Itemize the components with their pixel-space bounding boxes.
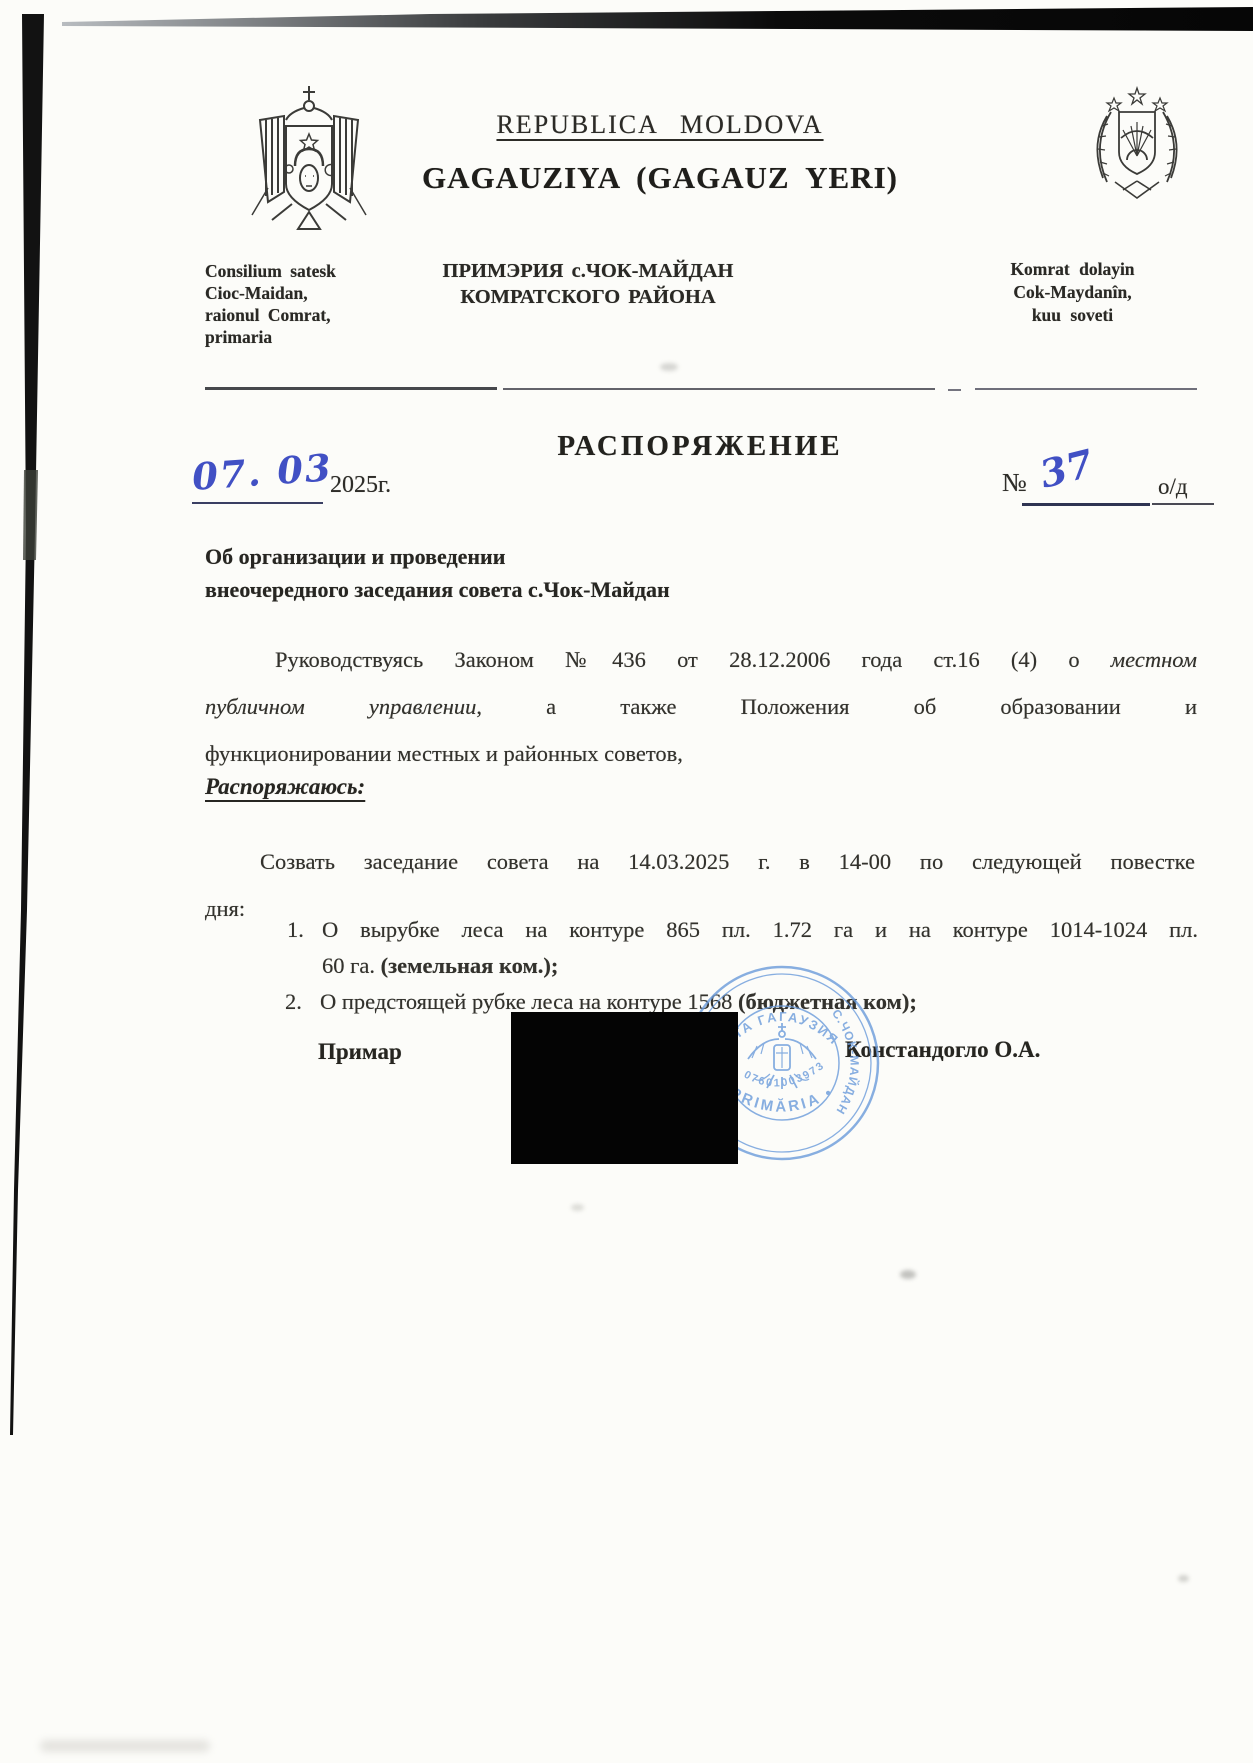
scan-bottom-smudge <box>40 1740 210 1752</box>
subject-block: Об организации и проведении внеочередног… <box>205 540 670 606</box>
header-rule-dash <box>948 389 961 391</box>
header-rule-middle <box>503 388 935 390</box>
gagauzia-coat-of-arms-icon <box>1085 86 1190 204</box>
redaction-box <box>511 1012 738 1164</box>
preamble-line: функционировании местных и районных сове… <box>205 730 1197 777</box>
preamble-italic-text: публичном управлении <box>205 694 476 719</box>
preamble-line: Руководствуясь Законом №436 от 28.12.200… <box>205 636 1197 683</box>
scan-speck <box>571 1204 584 1211</box>
preamble-line: публичном управлении, а также Положения … <box>205 683 1197 730</box>
letterhead-left-line: raionul Comrat, <box>205 304 336 326</box>
convene-line: Созвать заседание совета на 14.03.2025 г… <box>205 838 1195 885</box>
letterhead-center-line: ПРИМЭРИЯ с.ЧОК-МАЙДАН <box>388 258 788 284</box>
resolve-heading: Распоряжаюсь: <box>205 774 365 800</box>
number-suffix: о/д <box>1158 474 1188 500</box>
letterhead-right-column: Komrat dolayin Cok-Maydanîn, kuu soveti <box>985 258 1160 327</box>
number-sign: № <box>1002 468 1027 498</box>
scanned-document-page: REPUBLICA MOLDOVA GAGAUZIYA (GAGAUZ YERI… <box>0 0 1253 1763</box>
agenda-text: 60 га. <box>322 953 381 978</box>
svg-text:С.ЧОК-МАЙДАН: С.ЧОК-МАЙДАН <box>829 1007 862 1118</box>
letterhead-center-column: ПРИМЭРИЯ с.ЧОК-МАЙДАН КОМРАТСКОГО РАЙОНА <box>388 258 788 310</box>
agenda-item-1-number: 1. <box>287 917 304 943</box>
republic-title: REPUBLICA MOLDOVA <box>300 110 1020 140</box>
agenda-item-1-line-2: 60 га. (земельная ком.); <box>322 953 558 979</box>
scan-top-edge-artifact <box>0 0 1253 45</box>
scan-speck <box>900 1270 916 1279</box>
scan-speck <box>660 363 678 371</box>
handwritten-date: 07. 03 <box>191 445 334 499</box>
agenda-item-1-line-1: О вырубке леса на контуре 865 пл. 1.72 г… <box>322 917 1198 943</box>
date-year: 2025г. <box>330 472 391 499</box>
agenda-text: О предстоящей рубке леса на контуре 1568 <box>320 989 738 1014</box>
letterhead-right-line: Komrat dolayin <box>985 258 1160 281</box>
preamble-paragraph: Руководствуясь Законом №436 от 28.12.200… <box>205 636 1197 777</box>
signature-role: Примар <box>318 1039 402 1065</box>
svg-text:07601003973: 07601003973 <box>742 1059 828 1089</box>
region-title: GAGAUZIYA (GAGAUZ YERI) <box>300 160 1020 196</box>
agenda-bold-text: (земельная ком.); <box>381 953 559 978</box>
letterhead-left-line: Consilium satesk <box>205 260 336 282</box>
scan-left-edge-artifact <box>0 0 60 1500</box>
letterhead-left-column: Consilium satesk Cioc-Maidan, raionul Co… <box>205 260 336 348</box>
letterhead-left-line: Cioc-Maidan, <box>205 282 336 304</box>
number-suffix-underline <box>1152 503 1214 505</box>
stamp-right-text: С.ЧОК-МАЙДАН <box>829 1007 862 1118</box>
header-rule-right <box>975 388 1197 390</box>
preamble-text: Руководствуясь Законом №436 от 28.12.200… <box>275 647 1111 672</box>
subject-line: Об организации и проведении <box>205 540 670 573</box>
stamp-digits-text: 07601003973 <box>742 1059 828 1089</box>
scan-speck <box>1178 1575 1189 1582</box>
letterhead-right-line: Cok-Maydanîn, <box>985 281 1160 304</box>
agenda-item-2-number: 2. <box>285 989 302 1015</box>
letterhead-right-line: kuu soveti <box>985 304 1160 327</box>
letterhead-center-line: КОМРАТСКОГО РАЙОНА <box>388 284 788 310</box>
subject-line: внеочередного заседания совета с.Чок-Май… <box>205 573 670 606</box>
date-underline <box>192 502 323 504</box>
preamble-italic-text: местном <box>1111 647 1197 672</box>
letterhead-left-line: primaria <box>205 326 336 348</box>
header-rule-left <box>205 387 497 390</box>
number-underline <box>1022 503 1150 506</box>
preamble-text: , а также Положения об образовании и <box>476 694 1197 719</box>
